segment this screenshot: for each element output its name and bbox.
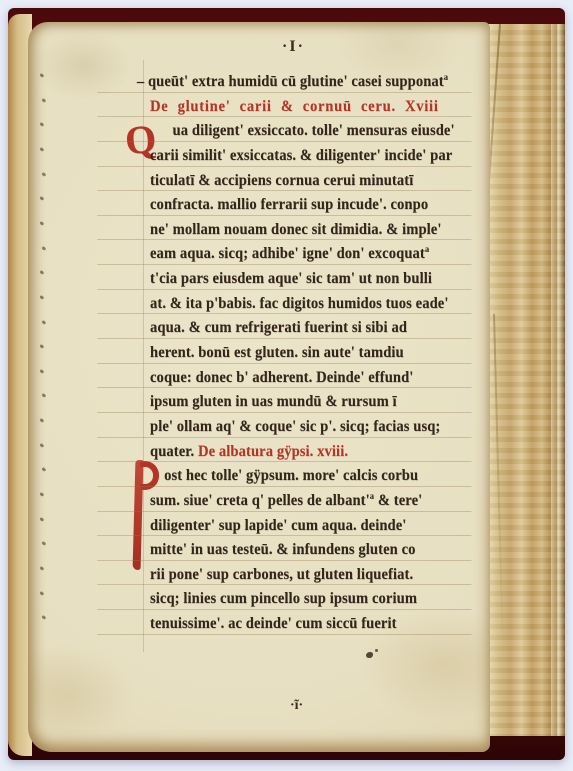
- manuscript-text-line: t'cia pars eiusdem aque' sic tam' ut non…: [150, 267, 468, 292]
- manuscript-text-line: mitte' in uas testeū. & infundens gluten…: [150, 538, 468, 563]
- manuscript-text-line: ne' mollam nouam donec sit dimidia. & im…: [150, 218, 468, 243]
- prick-mark: [40, 73, 45, 77]
- manuscript-page: ·I· Q P – queūt' extra humidū cū glutine…: [28, 22, 490, 752]
- body-text: coque: donec b' adherent. Deinde' effund…: [150, 369, 413, 386]
- manuscript-text-line: eam aqua. sicq; adhibe' igne' don' excoq…: [150, 242, 468, 267]
- fore-edge-highlight: [551, 24, 557, 736]
- prick-mark: [40, 270, 45, 274]
- body-text: ipsum gluten in uas mundū & rursum ī: [150, 393, 397, 410]
- manuscript-text-line: – queūt' extra humidū cū glutine' casei …: [150, 70, 468, 95]
- folio-number: ·I·: [282, 38, 305, 56]
- fore-edge-pages: [487, 24, 565, 736]
- rubric-text: De albatura gÿpsi. xviii.: [198, 443, 348, 460]
- prick-mark: [42, 467, 47, 471]
- prick-mark: [40, 221, 45, 225]
- body-text: tenuissime'. ac deinde' cum siccū fuerit: [150, 615, 397, 632]
- prick-mark: [40, 566, 45, 570]
- prick-mark: [40, 517, 45, 521]
- book-cover: ·I· Q P – queūt' extra humidū cū glutine…: [8, 8, 565, 760]
- ink-speck: [375, 649, 378, 652]
- prick-mark: [40, 492, 45, 496]
- body-text: – queūt' extra humidū cū glutine' casei …: [137, 73, 444, 90]
- prick-mark: [42, 320, 47, 324]
- prick-mark: [40, 147, 45, 151]
- manuscript-text-line: carii similit' exsiccatas. & diligenter'…: [150, 144, 468, 169]
- body-text: aqua. & cum refrigerati fuerint si sibi …: [150, 319, 407, 336]
- manuscript-text-line: coque: donec b' adherent. Deinde' effund…: [150, 366, 468, 391]
- prick-mark: [42, 615, 47, 619]
- manuscript-text-line: tenuissime'. ac deinde' cum siccū fuerit: [150, 612, 468, 637]
- manuscript-text-line: herent. bonū est gluten. sin aute' tamdi…: [150, 341, 468, 366]
- prick-mark: [40, 418, 45, 422]
- body-text: confracta. mallio ferrarii sup incude'. …: [150, 196, 428, 213]
- prick-mark: [40, 369, 45, 373]
- manuscript-text-line: ticulatī & accipiens cornua cerui minuta…: [150, 169, 468, 194]
- manuscript-text-line: quater. De albatura gÿpsi. xviii.: [150, 440, 468, 465]
- prick-mark: [42, 393, 47, 397]
- manuscript-text-line: De glutine' carii & cornuū ceru. Xviii: [150, 95, 468, 120]
- prick-mark: [40, 295, 45, 299]
- body-text: ne' mollam nouam donec sit dimidia. & im…: [150, 221, 442, 238]
- body-text: & tere': [374, 492, 422, 509]
- ink-speck: [366, 652, 373, 658]
- body-text: a: [444, 72, 448, 82]
- body-text: t'cia pars eiusdem aque' sic tam' ut non…: [150, 270, 432, 287]
- manuscript-text-line: ple' ollam aq' & coque' sic p'. sicq; fa…: [150, 415, 468, 440]
- photo-background: { "image_type": "medieval manuscript pag…: [0, 0, 573, 771]
- manuscript-text-line: ua diligent' exsiccato. tolle' mensuras …: [150, 119, 468, 144]
- body-text: mitte' in uas testeū. & infundens gluten…: [150, 541, 416, 558]
- manuscript-text-line: sicq; linies cum pincello sup ipsum cori…: [150, 587, 468, 612]
- text-block: Q P – queūt' extra humidū cū glutine' ca…: [150, 70, 488, 637]
- body-text: carii similit' exsiccatas. & diligenter'…: [150, 147, 452, 164]
- body-text: herent. bonū est gluten. sin aute' tamdi…: [150, 344, 404, 361]
- body-text: quater.: [150, 443, 198, 460]
- rubric-text: De glutine' carii & cornuū ceru. Xviii: [150, 98, 439, 115]
- body-text: rii pone' sup carbones, ut gluten liquef…: [150, 566, 413, 583]
- body-text: sicq; linies cum pincello sup ipsum cori…: [150, 590, 417, 607]
- body-text: ticulatī & accipiens cornua cerui minuta…: [150, 172, 413, 189]
- manuscript-text-line: sum. siue' creta q' pelles de albant'a &…: [150, 489, 468, 514]
- fore-edge-crease: [493, 314, 504, 644]
- quire-mark: ·ĩ·: [290, 698, 303, 714]
- prick-mark: [40, 443, 45, 447]
- body-text: ple' ollam aq' & coque' sic p'. sicq; fa…: [150, 418, 440, 435]
- manuscript-text-line: at. & ita p'babis. fac digitos humidos t…: [150, 292, 468, 317]
- prick-mark: [40, 344, 45, 348]
- prick-mark: [40, 591, 45, 595]
- manuscript-text-line: ost hec tolle' gÿpsum. more' calcis corb…: [150, 464, 468, 489]
- body-text: ost hec tolle' gÿpsum. more' calcis corb…: [164, 467, 418, 484]
- prick-mark: [42, 98, 47, 102]
- body-text: diligenter' sup lapide' cum aqua. deinde…: [150, 517, 406, 534]
- body-text: a: [425, 244, 429, 254]
- prick-mark: [40, 196, 45, 200]
- manuscript-text-line: rii pone' sup carbones, ut gluten liquef…: [150, 563, 468, 588]
- body-text: sum. siue' creta q' pelles de albant': [150, 492, 370, 509]
- manuscript-text-line: ipsum gluten in uas mundū & rursum ī: [150, 390, 468, 415]
- prick-mark: [40, 122, 45, 126]
- manuscript-text-line: confracta. mallio ferrarii sup incude'. …: [150, 193, 468, 218]
- body-text: at. & ita p'babis. fac digitos humidos t…: [150, 295, 448, 312]
- prick-mark: [42, 246, 47, 250]
- manuscript-text-line: aqua. & cum refrigerati fuerint si sibi …: [150, 316, 468, 341]
- manuscript-text-line: diligenter' sup lapide' cum aqua. deinde…: [150, 514, 468, 539]
- prick-mark: [42, 172, 47, 176]
- body-text: ua diligent' exsiccato. tolle' mensuras …: [173, 122, 455, 139]
- prick-mark: [42, 541, 47, 545]
- body-text: eam aqua. sicq; adhibe' igne' don' excoq…: [150, 245, 425, 262]
